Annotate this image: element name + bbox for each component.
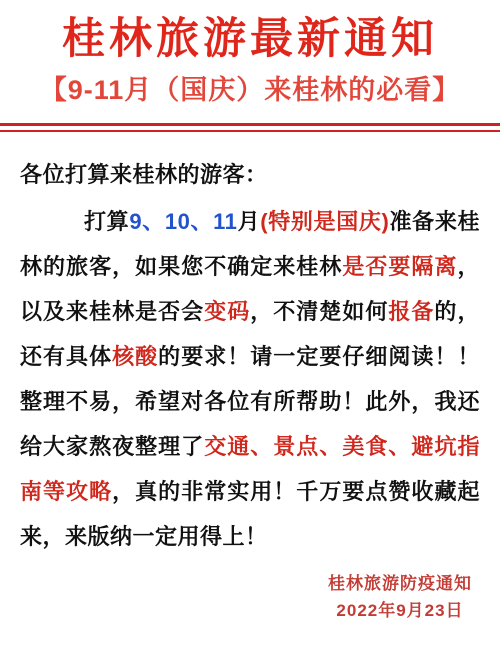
notice-body: 各位打算来桂林的游客： 打算9、10、11月(特别是国庆)准备来桂林的旅客，如果… [20, 152, 480, 559]
text-run-black: 月 [237, 209, 260, 234]
text-run-red: (特别是国庆) [260, 209, 389, 234]
text-run-black: ，不清楚如何 [250, 299, 388, 324]
notice-poster: 桂林旅游最新通知 【9-11月（国庆）来桂林的必看】 各位打算来桂林的游客： 打… [0, 0, 500, 666]
page-subtitle: 【9-11月（国庆）来桂林的必看】 [0, 75, 500, 106]
text-run-red: 报备 [388, 299, 434, 324]
notice-paragraph: 打算9、10、11月(特别是国庆)准备来桂林的旅客，如果您不确定来桂林是否要隔离… [20, 199, 480, 559]
greeting-line: 各位打算来桂林的游客： [20, 152, 480, 197]
text-run-red: 是否要隔离 [342, 254, 457, 279]
separator-line-thick [0, 123, 500, 126]
separator [0, 123, 500, 132]
page-title: 桂林旅游最新通知 [0, 16, 500, 63]
separator-line-thin [0, 130, 500, 132]
date-line: 2022年9月23日 [328, 597, 472, 624]
signature-block: 桂林旅游防疫通知 2022年9月23日 [328, 570, 472, 624]
text-run-black: 打算 [84, 209, 129, 234]
text-run-red: 变码 [204, 299, 250, 324]
text-run-blue: 9、10、11 [129, 209, 237, 234]
signature-line: 桂林旅游防疫通知 [328, 570, 472, 597]
text-run-red: 核酸 [112, 344, 158, 369]
